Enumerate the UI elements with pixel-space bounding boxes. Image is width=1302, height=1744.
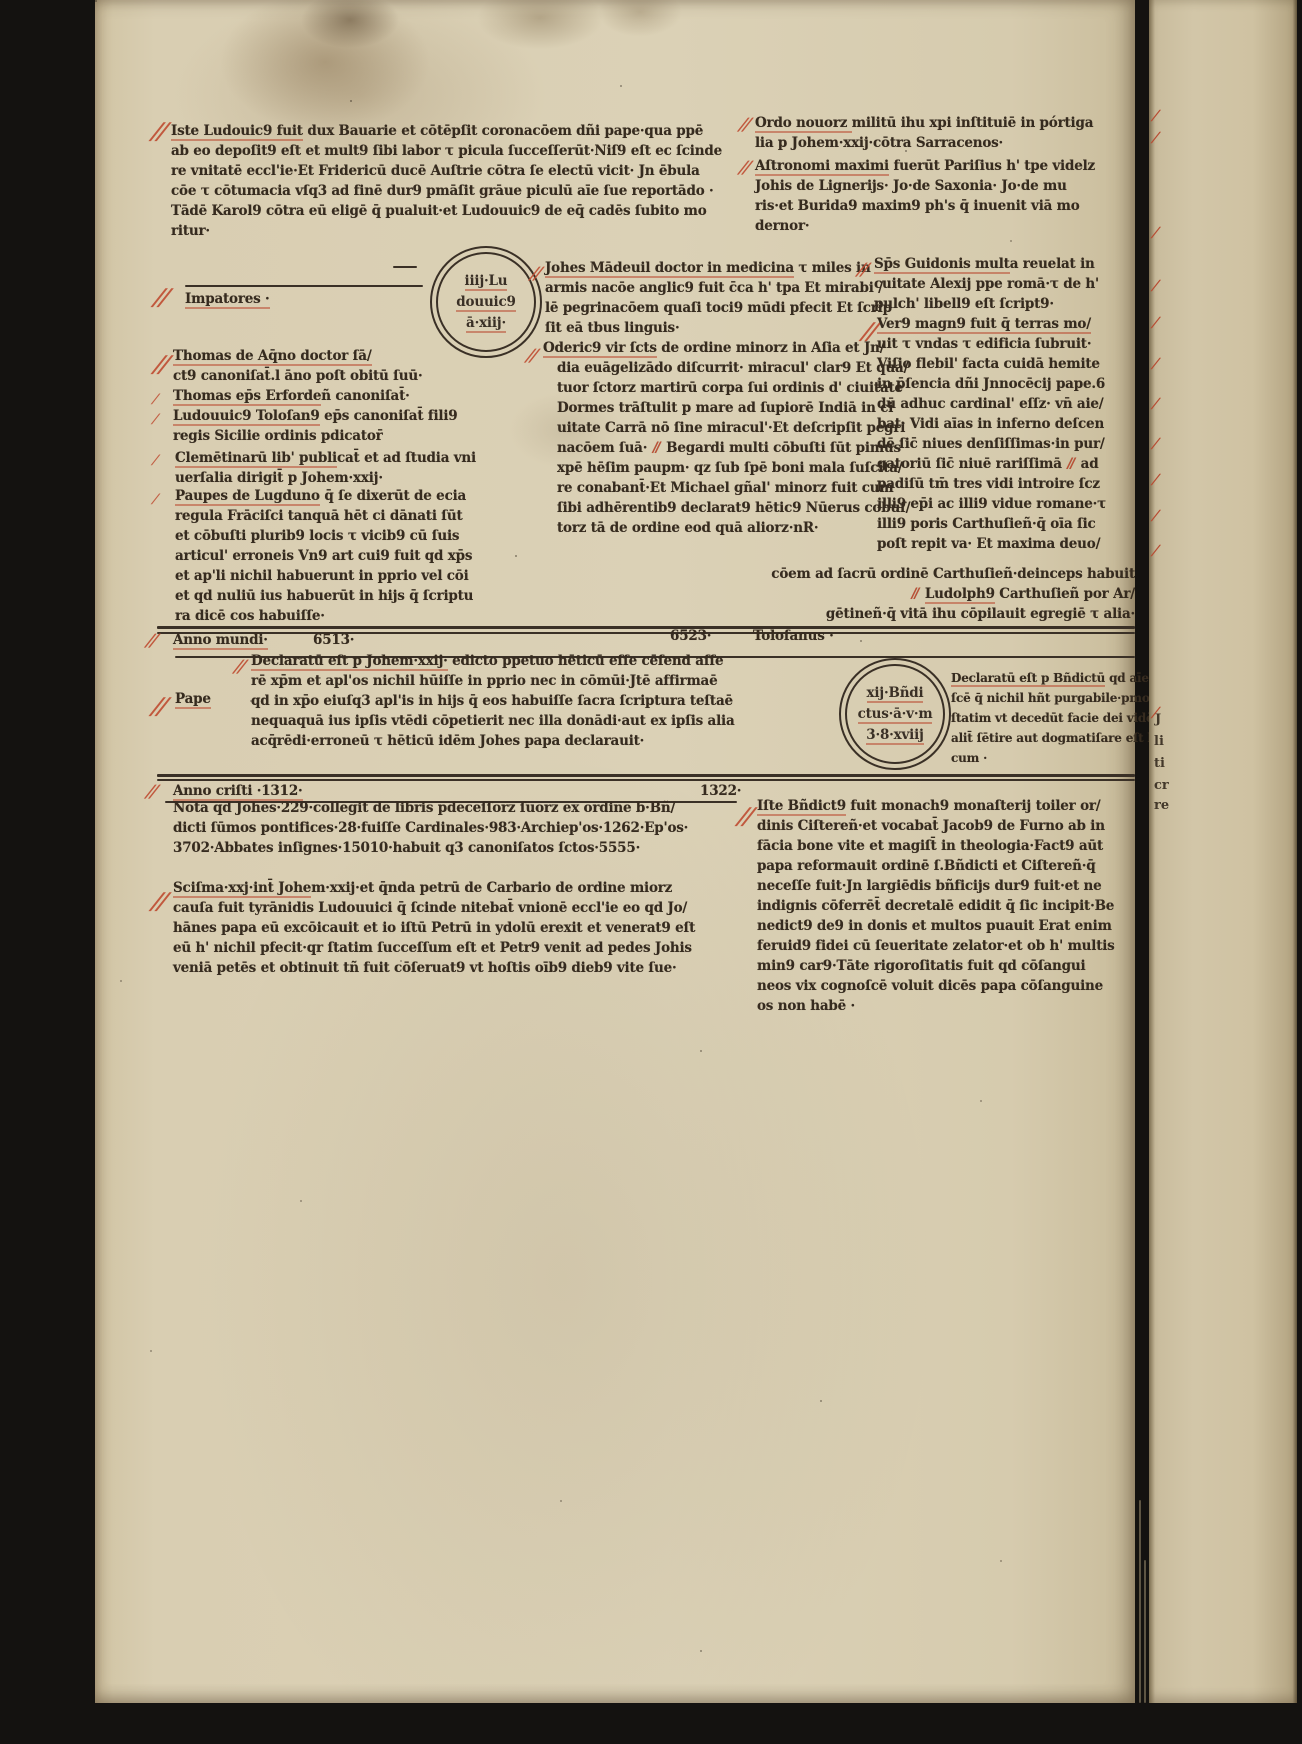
- text-line: bat· Vidi aīas in inferno deſcen: [877, 414, 1139, 434]
- text-line: et qd nuliū ius habuerūt in hijs q̄ ſcri…: [175, 586, 515, 606]
- text-line: ris·et Burida9 maxim9 ph's q̄ inuenit vi…: [755, 196, 1140, 216]
- paragraph-benedictus-monk: Iſte Bñdict9 fuit monach9 monaſterij toi…: [757, 796, 1139, 1016]
- pilcrow-icon: //: [144, 631, 158, 651]
- text-line: ſibi adhērentib9 declarat9 hētic9 Nūerus…: [557, 498, 877, 518]
- year-roundel-ludovicus: iiij·Ludouuic9ā·xiij·: [436, 252, 536, 352]
- text-line: in p̄ſencia dñi Jnnocēcij pape.6: [877, 374, 1139, 394]
- text-line: hānes papa eū excōicauit et io iſtū Petr…: [173, 918, 758, 938]
- text-line: uitate Carrā nō ſine miracul'·Et deſcrip…: [557, 418, 877, 438]
- text-line: Viſio flebil' facta cuidā hemite: [877, 354, 1139, 374]
- text-line: tuor ſctorz martirū corpa ſui ordinis d'…: [557, 378, 877, 398]
- pilcrow-icon: /: [151, 412, 158, 427]
- pilcrow-icon: //: [149, 118, 169, 145]
- manuscript-page: // Iste Ludouic9 fuit dux Bauarie et cōt…: [95, 0, 1135, 1703]
- text-line: poſt repit va· Et maxima deuo/: [877, 534, 1139, 554]
- rule-anno-mundi-top2: [157, 632, 1135, 634]
- pilcrow-icon: //: [151, 351, 171, 378]
- text-line: uerſalia dirigit̄ p Johem·xxij·: [175, 468, 505, 488]
- text-line: rē xp̄m et apl'os nichil hūiſſe in pprio…: [251, 671, 831, 691]
- page-edge-fragment: li: [1154, 734, 1164, 749]
- year-roundel-benedictus: xij·Bñdictus·ā·v·m3·8·xviij: [845, 664, 945, 764]
- text-line: Johis de Lignerijs· Jo·de Saxonia· Jo·de…: [755, 176, 1140, 196]
- text-line: ſtatim vt decedūt facie dei vidēt·: [951, 708, 1141, 728]
- text-line: Paupes de Lugduno q̄ ſe dixerūt de ecia: [175, 486, 515, 506]
- paragraph-ludolphus: // Ludolph9 Carthuſieñ por Ar/gētineñ·q̄…: [655, 584, 1135, 624]
- text-line: Dormes trāſtulit p mare ad ſupiorē Indiā…: [557, 398, 877, 418]
- text-line: ctus·ā·v·m: [858, 704, 933, 725]
- text-line: Impatores ·: [185, 289, 345, 309]
- text-line: lia p Johem·xxij·cōtra Sarracenos·: [755, 133, 1140, 153]
- pilcrow-icon: /: [1151, 508, 1159, 524]
- pilcrow-icon: /: [1151, 472, 1159, 488]
- text-line: dicti ſūmos pontifices·28·fuiſſe Cardina…: [173, 818, 753, 838]
- text-line: gatoriū ſic̄ niuē rariſſimā // ad: [877, 454, 1139, 474]
- text-line: veniā petēs et obtinuit tñ fuit cōſeruat…: [173, 958, 758, 978]
- pilcrow-icon: /: [1151, 315, 1159, 331]
- text-line: Johes Mādeuil doctor in medicina τ miles…: [545, 258, 875, 278]
- pilcrow-icon: //: [652, 440, 662, 456]
- text-line: cōem ad ſacrū ordinē Carthuſieñ·deinceps…: [655, 564, 1135, 584]
- roundel-text: xij·Bñdictus·ā·v·m3·8·xviij: [847, 666, 943, 762]
- page-edge-fragment: J: [1155, 712, 1161, 727]
- paragraph-ludovicus-dux: Iste Ludouic9 fuit dux Bauarie et cōtēpſ…: [171, 121, 751, 241]
- text-line: dū adhuc cardinal' eſſz· vn̄ aie/: [877, 394, 1139, 414]
- rule-imperatores: [185, 285, 423, 287]
- text-line: articul' erroneis Vn9 art cui9 fuit qd x…: [175, 546, 515, 566]
- text-line: 3·8·xviij: [866, 725, 923, 746]
- text-line: torz tā de ordine eod quā aliorz·nR·: [557, 518, 877, 538]
- paragraph-astronomi: Aſtronomi maximi fuerūt Pariſius h' tpe …: [755, 156, 1140, 236]
- text-line: uit τ vndas τ edificia ſubruit·: [877, 334, 1139, 354]
- adjacent-page-edge: / / / / / / / / / / / / J li ti cr re: [1149, 0, 1297, 1703]
- text-line: 3702·Abbates inſignes·15010·habuit q3 ca…: [173, 838, 753, 858]
- year-anno-mundi-2: 6523·: [670, 626, 711, 646]
- text-line: illi9 poris Carthuſieñ·q̄ oīa ſic: [877, 514, 1139, 534]
- text-line: // Ludolph9 Carthuſieñ por Ar/: [655, 584, 1135, 604]
- page-edge-fragment: cr: [1154, 778, 1169, 793]
- text-line: et ap'li nichil habuerunt in pprio vel c…: [175, 566, 515, 586]
- text-line: Aſtronomi maximi fuerūt Pariſius h' tpe …: [755, 156, 1140, 176]
- text-line: Anno mundi·: [173, 630, 303, 650]
- roundel-text: iiij·Ludouuic9ā·xiij·: [438, 254, 534, 350]
- paragraph-guidonis: Sp̄s Guidonis multa reuelat incuitate Al…: [874, 254, 1139, 314]
- paragraph-verus-terremotus: Ver9 magn9 fuit q̄ terras mo/uit τ vndas…: [877, 314, 1139, 554]
- paragraph-ordo-militum: Ordo nouorz militū ihu xpi inſtituiē in …: [755, 113, 1140, 153]
- paragraph-thomas-erford: Thomas ep̄s Erfordeñ canoniſat̄·: [173, 386, 503, 406]
- pilcrow-icon: /: [151, 392, 158, 407]
- page-gap-seam: [1144, 1560, 1146, 1703]
- rule-anno-christi-top: [157, 774, 1135, 777]
- text-line: dernor·: [755, 216, 1140, 236]
- text-line: nequaquā ius ipſis vtēdi cōpetierit nec …: [251, 711, 831, 731]
- paragraph-pauperes-lugduno: Paupes de Lugduno q̄ ſe dixerūt de eciar…: [175, 486, 515, 626]
- year-anno-mundi-1: 6513·: [313, 630, 354, 650]
- text-line: illi9 ep̄i ac illi9 vidue romane·τ: [877, 494, 1139, 514]
- text-line: Ludouuic9 Toloſan9 ep̄s canoniſat̄ fili9: [173, 406, 503, 426]
- pilcrow-icon: /: [1151, 130, 1159, 146]
- text-line: armis nacōe anglic9 fuit c̄ca h' tpa Et …: [545, 278, 875, 298]
- text-line: ſit eā tbus linguis·: [545, 318, 875, 338]
- text-line: Clemētinarū lib' publicat̄ et ad ſtudia …: [175, 448, 505, 468]
- text-line: neceſſe fuit·Jn largiēdis bñficijs dur9 …: [757, 876, 1139, 896]
- paragraph-declaratum-johannes: Declaratū eſt p Johem·xxij· edicto ppetu…: [251, 651, 831, 751]
- section-label-imperatores: Impatores ·: [185, 289, 345, 309]
- text-line: Pape: [175, 689, 255, 709]
- text-line: regula Frāciſci tanquā hēt ci dānati ſūt: [175, 506, 515, 526]
- text-line: regis Sicilie ordinis pdicator̄: [173, 426, 503, 446]
- text-line: Sciſma·xxj·int̄ Johem·xxij·et q̄nda petr…: [173, 878, 758, 898]
- paragraph-ludovicus-tolosanus: Ludouuic9 Toloſan9 ep̄s canoniſat̄ fili9…: [173, 406, 503, 446]
- text-line: Oderic9 vir ſcts de ordine minorz in Aſi…: [543, 338, 877, 358]
- pilcrow-icon: /: [1151, 108, 1159, 124]
- text-line: os non habē ·: [757, 996, 1139, 1016]
- text-line: Declaratū eſt p Johem·xxij· edicto ppetu…: [251, 651, 831, 671]
- text-line: Sp̄s Guidonis multa reuelat in: [874, 254, 1139, 274]
- pilcrow-icon: /: [1151, 356, 1159, 372]
- pilcrow-icon: //: [232, 657, 246, 677]
- pilcrow-icon: //: [149, 888, 169, 915]
- text-line: re conabant̄·Et Michael gñal' minorz fui…: [557, 478, 877, 498]
- text-line: ab eo depoſit9 eſt et mult9 ſibi labor τ…: [171, 141, 751, 161]
- text-line: Thomas ep̄s Erfordeñ canoniſat̄·: [173, 386, 503, 406]
- text-line: et cōbuſti plurib9 locis τ vicib9 cū ſui…: [175, 526, 515, 546]
- paragraph-carthusian-line: cōem ad ſacrū ordinē Carthuſieñ·deinceps…: [655, 564, 1135, 584]
- text-line: fācia bone vite et magiſt̄ in theologia·…: [757, 836, 1139, 856]
- text-line: eū h' nichil pfecit·qr ſtatim ſucceſſum …: [173, 938, 758, 958]
- text-line: neos vix cognoſcē voluit dicēs papa cōſa…: [757, 976, 1139, 996]
- page-gap-seam: [1139, 1500, 1141, 1703]
- text-line: nacōem ſuā· // Begardi multi cōbuſti ſūt…: [557, 438, 877, 458]
- text-line: cuitate Alexij ppe romā·τ de h': [874, 274, 1139, 294]
- page-edge-fragment: ti: [1154, 756, 1165, 771]
- paragraph-odericus: Oderic9 vir ſcts de ordine minorz in Aſi…: [557, 338, 877, 538]
- text-line: min9 car9·Tāte rigoroſitatis fuit qd cōſ…: [757, 956, 1139, 976]
- pilcrow-icon: /: [151, 492, 158, 507]
- text-line: Declaratū eſt p Bñdictū qd aīe: [951, 668, 1141, 688]
- pilcrow-icon: /: [1151, 436, 1159, 452]
- text-line: Ver9 magn9 fuit q̄ terras mo/: [877, 314, 1139, 334]
- pilcrow-icon: /: [1151, 278, 1159, 294]
- paragraph-thomas-aquino: Thomas de Aq̄no doctor ſā/ct9 canoniſat̄…: [173, 346, 503, 386]
- paragraph-nota-collegit: Nota qd Johes·229·collegit de libris pde…: [173, 798, 753, 858]
- text-line: Tādē Karol9 cōtra eū eligē q̄ pualuit·et…: [171, 201, 751, 221]
- text-line: pulch' libell9 eſt ſcript9·: [874, 294, 1139, 314]
- text-line: douuic9: [456, 292, 515, 313]
- text-line: dia euāgelizādo diſcurrit· miracul' clar…: [557, 358, 877, 378]
- text-line: xij·Bñdi: [867, 683, 924, 704]
- rule-anno-mundi-top: [157, 626, 1135, 629]
- label-tolosanus: Toloſanus ·: [753, 626, 834, 646]
- paragraph-mandeuil: Johes Mādeuil doctor in medicina τ miles…: [545, 258, 875, 338]
- text-line: gētineñ·q̄ vitā ihu cōpilauit egregiē τ …: [655, 604, 1135, 624]
- text-line: Nota qd Johes·229·collegit de libris pde…: [173, 798, 753, 818]
- text-line: xpē hēſim paupm· qz ſub ſpē boni mala ſu…: [557, 458, 877, 478]
- text-line: ſcē q̄ nichil hñt purgabile·pmo: [951, 688, 1141, 708]
- text-line: cauſa fuit tyrānidis Ludouuici q̄ ſcinde…: [173, 898, 758, 918]
- text-line: nedict9 de9 in donis et multos puauit Er…: [757, 916, 1139, 936]
- text-line: ā·xiij·: [466, 313, 506, 334]
- pilcrow-icon: /: [1151, 225, 1159, 241]
- paragraph-scisma: Sciſma·xxj·int̄ Johem·xxij·et q̄nda petr…: [173, 878, 758, 978]
- paragraph-declaratum-benedictus: Declaratū eſt p Bñdictū qd aīeſcē q̄ nic…: [951, 668, 1141, 768]
- paragraph-clementine: Clemētinarū lib' publicat̄ et ad ſtudia …: [175, 448, 505, 488]
- text-line: Ordo nouorz militū ihu xpi inſtituiē in …: [755, 113, 1140, 133]
- text-line: Iste Ludouic9 fuit dux Bauarie et cōtēpſ…: [171, 121, 751, 141]
- text-line: dinis Ciſtereñ·et vocabat̄ Jacob9 de Fur…: [757, 816, 1139, 836]
- section-label-anno-mundi: Anno mundi·: [173, 630, 303, 650]
- text-line: lē pegrinacōem quaſi toci9 mūdi pfecit E…: [545, 298, 875, 318]
- text-line: feruid9 fidei cū ſeueritate zelator·et o…: [757, 936, 1139, 956]
- text-line: re vnitatē eccl'ie·Et Fridericū ducē Auſ…: [171, 161, 751, 181]
- pilcrow-icon: /: [151, 453, 158, 468]
- text-line: ritur·: [171, 221, 751, 241]
- pilcrow-icon: /: [1151, 543, 1159, 559]
- text-line: cum ·: [951, 748, 1141, 768]
- pilcrow-icon: /: [1151, 396, 1159, 412]
- text-line: indignis cōferrēt̄ decretalē edidit q̄ ſ…: [757, 896, 1139, 916]
- text-line: ct9 canoniſat̄.l āno poſt obitū ſuū·: [173, 366, 503, 386]
- pilcrow-icon: //: [149, 693, 169, 720]
- text-line: iiij·Lu: [465, 271, 508, 292]
- ink-specks: [95, 0, 97, 2]
- text-line: padiſū tm̄ tres vidi introire ſcz: [877, 474, 1139, 494]
- rule-dash: [393, 266, 417, 268]
- text-line: cōe τ cōtumacia vſq3 ad finē dur9 pmāſit…: [171, 181, 751, 201]
- text-line: qd in xp̄o eiuſq3 apl'is in hijs q̄ eos …: [251, 691, 831, 711]
- section-label-pape: Pape: [175, 689, 255, 709]
- pilcrow-icon: //: [151, 284, 171, 311]
- pilcrow-icon: //: [144, 782, 158, 802]
- pilcrow-icon: //: [1066, 456, 1076, 472]
- text-line: papa reformauit ordinē ſ.Bñdicti et Ciſt…: [757, 856, 1139, 876]
- text-line: alit̄ ſētire aut dogmatiſare eſt hēti: [951, 728, 1141, 748]
- page-edge-fragment: re: [1154, 798, 1169, 813]
- pilcrow-icon: //: [911, 586, 921, 602]
- text-line: Thomas de Aq̄no doctor ſā/: [173, 346, 503, 366]
- text-line: acq̄rēdi·erroneū τ hēticū idēm Johes pap…: [251, 731, 831, 751]
- text-line: dē ſic̄ niues denſiſſimas·in pur/: [877, 434, 1139, 454]
- text-line: ra dicē cos habuiſſe·: [175, 606, 515, 626]
- text-line: Iſte Bñdict9 fuit monach9 monaſterij toi…: [757, 796, 1139, 816]
